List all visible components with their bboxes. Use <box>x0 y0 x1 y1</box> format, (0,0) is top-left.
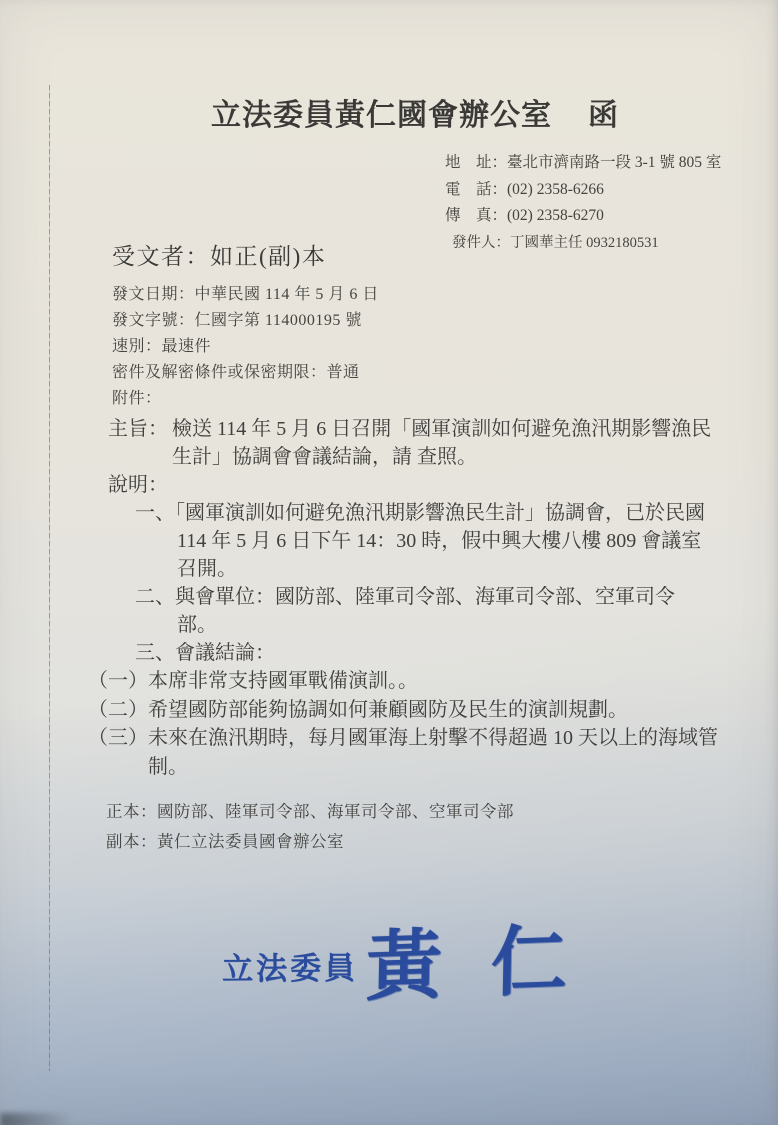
recipient-line: 受文者：如正(副)本 <box>0 240 778 274</box>
distribution-original-label: 正本： <box>106 802 157 821</box>
conclusion-item-3: （三）未來在漁汛期時，每月國軍海上射擊不得超過 10 天以上的海域管制。 <box>0 724 720 781</box>
fax-value: (02) 2358-6270 <box>507 207 604 224</box>
phone-label: 電 話： <box>445 181 507 198</box>
letter-title-office: 立法委員黃仁國會辦公室 <box>211 99 552 132</box>
phone-line: 電 話：(02) 2358-6266 <box>445 177 721 204</box>
conclusion-item-1-text: 本席非常支持國軍戰備演訓。。 <box>148 670 418 692</box>
distribution-copy-value: 黃仁立法委員國會辦公室 <box>157 832 344 851</box>
address-line: 地 址：臺北市濟南路一段 3-1 號 805 室 <box>445 150 721 177</box>
fax-label: 傳 真： <box>445 207 507 224</box>
priority-label: 速別： <box>112 338 162 355</box>
legislator-signature-stamp: 立法委員 黃 仁 <box>222 927 778 1003</box>
address-value: 臺北市濟南路一段 3-1 號 805 室 <box>507 154 721 171</box>
letter-title-type: 函 <box>588 99 619 132</box>
address-label: 地 址： <box>445 154 507 171</box>
phone-value: (02) 2358-6266 <box>507 181 604 198</box>
conclusion-item-2: （二）希望國防部能夠協調如何兼顧國防及民生的演訓規劃。 <box>0 696 720 725</box>
subject-text: 檢送 114 年 5 月 6 日召開「國軍演訓如何避免漁汛期影響漁民生計」協調會… <box>172 415 720 471</box>
stamp-title-text: 立法委員 <box>222 942 358 988</box>
recipient-label: 受文者： <box>112 244 210 269</box>
letter-body: 受文者：如正(副)本 發文日期：中華民國 114 年 5 月 6 日 發文字號：… <box>0 240 778 1003</box>
fax-line: 傳 真：(02) 2358-6270 <box>445 203 721 230</box>
ref-number-value: 仁國字第 114000195 號 <box>195 312 362 329</box>
explanation-item-3-text: 會議結論： <box>175 642 275 664</box>
conclusion-item-2-number: （二） <box>88 699 148 721</box>
recipient-value: 如正(副)本 <box>210 244 326 269</box>
conclusion-item-3-number: （三） <box>88 727 148 749</box>
explanation-heading: 說明： <box>0 471 778 499</box>
classification-value: 普通 <box>327 364 360 381</box>
distribution-original-value: 國防部、陸軍司令部、海軍司令部、空軍司令部 <box>157 802 514 821</box>
conclusion-item-3-text: 未來在漁汛期時，每月國軍海上射擊不得超過 10 天以上的海域管制。 <box>148 727 718 778</box>
stamp-name-text: 黃 仁 <box>365 923 567 1006</box>
subject-line: 主旨： 檢送 114 年 5 月 6 日召開「國軍演訓如何避免漁汛期影響漁民生計… <box>0 415 778 471</box>
subject-label: 主旨： <box>108 415 172 471</box>
distribution-block: 正本：國防部、陸軍司令部、海軍司令部、空軍司令部 副本：黃仁立法委員國會辦公室 <box>0 797 778 857</box>
explanation-item-1: 一、「國軍演訓如何避免漁汛期影響漁民生計」協調會，已於民國 114 年 5 月 … <box>0 499 714 583</box>
explanation-item-2: 二、與會單位：國防部、陸軍司令部、海軍司令部、空軍司令部。 <box>0 583 714 639</box>
distribution-copy-label: 副本： <box>106 832 157 851</box>
distribution-copy-line: 副本：黃仁立法委員國會辦公室 <box>0 827 778 857</box>
scanned-letter-page: 立法委員黃仁國會辦公室函 地 址：臺北市濟南路一段 3-1 號 805 室 電 … <box>0 0 778 1125</box>
ref-number-line: 發文字號：仁國字第 114000195 號 <box>0 308 778 334</box>
conclusion-item-1: （一）本席非常支持國軍戰備演訓。。 <box>0 667 720 696</box>
priority-value: 最速件 <box>162 338 212 355</box>
conclusion-item-1-number: （一） <box>88 670 148 692</box>
explanation-item-2-number: 二、 <box>135 586 175 608</box>
letter-title: 立法委員黃仁國會辦公室函 <box>0 90 778 134</box>
explanation-item-3: 三、會議結論： <box>0 639 714 667</box>
issue-date-value: 中華民國 114 年 5 月 6 日 <box>195 286 379 303</box>
ref-number-label: 發文字號： <box>112 312 195 329</box>
attachment-line: 附件： <box>0 386 778 412</box>
issue-date-label: 發文日期： <box>112 286 195 303</box>
explanation-item-1-text: 「國軍演訓如何避免漁汛期影響漁民生計」協調會，已於民國 114 年 5 月 6 … <box>175 502 705 580</box>
issue-date-line: 發文日期：中華民國 114 年 5 月 6 日 <box>0 282 778 308</box>
classification-line: 密件及解密條件或保密期限：普通 <box>0 360 778 386</box>
explanation-item-1-number: 一、 <box>135 502 175 524</box>
conclusion-item-2-text: 希望國防部能夠協調如何兼顧國防及民生的演訓規劃。 <box>148 699 628 721</box>
attachment-label: 附件： <box>112 390 162 407</box>
distribution-original-line: 正本：國防部、陸軍司令部、海軍司令部、空軍司令部 <box>0 797 778 827</box>
classification-label: 密件及解密條件或保密期限： <box>112 364 327 381</box>
explanation-item-2-text: 與會單位：國防部、陸軍司令部、海軍司令部、空軍司令部。 <box>175 586 675 636</box>
priority-line: 速別：最速件 <box>0 334 778 360</box>
explanation-item-3-number: 三、 <box>135 642 175 664</box>
photo-corner-shadow <box>0 1113 96 1125</box>
